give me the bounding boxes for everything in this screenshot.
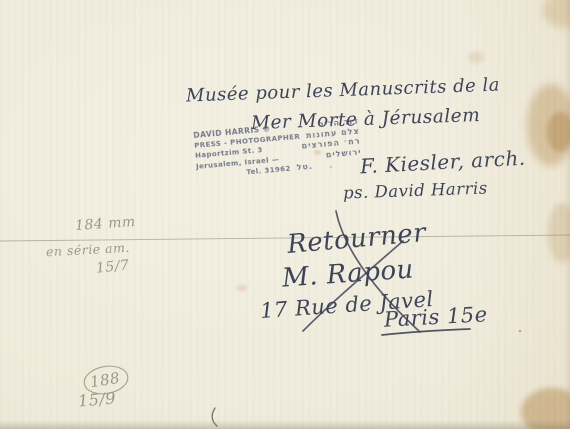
address-name: M. Rapou	[281, 254, 415, 293]
pencil-date-bottom: 15/9	[77, 388, 116, 410]
stain-pink-smudge	[237, 285, 247, 291]
photographer-stamp: DAVID HARRIS © דוד הריס PRESS - PHOTOGRA…	[193, 117, 363, 183]
photo-back-paper: Musée pour les Manuscrits de la Mer Mort…	[0, 0, 570, 429]
paper-right-tint	[450, 0, 570, 429]
pencil-circled-number: 188	[89, 369, 122, 391]
paper-bottom-edge-shadow	[0, 420, 570, 429]
pencil-series-note: en série am.	[46, 240, 131, 259]
address-retourner: Retourner	[286, 218, 427, 260]
paper-right-edge-shadow	[563, 0, 570, 429]
stamp-phone-he: טל.	[296, 162, 313, 173]
pencil-date-top: 15/7	[95, 257, 130, 276]
pencil-size-note: 184 mm	[75, 214, 137, 234]
